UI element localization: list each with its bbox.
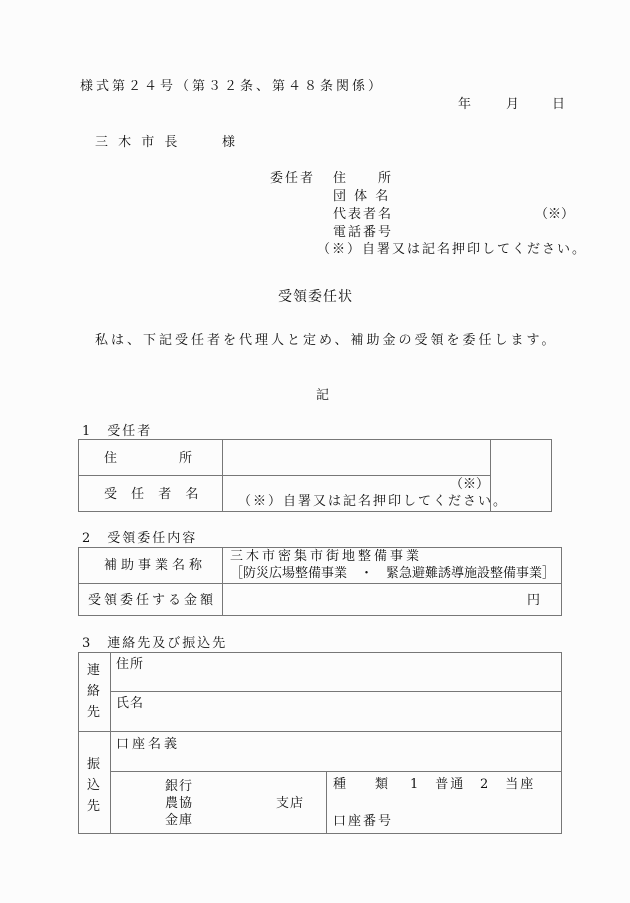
account-number-label: 口座番号 <box>333 815 393 828</box>
project-name-label: 補助事業名称 <box>104 559 206 572</box>
date-year: 年 <box>458 98 471 111</box>
form-number: 様式第２４号（第３２条、第４８条関係） <box>80 80 384 93</box>
project-name-line2: ［防災広場整備事業 ・ 緊急避難誘導施設整備事業］ <box>230 567 555 580</box>
section-3-heading: 3 連絡先及び振込先 <box>82 637 227 650</box>
delegator-phone-label: 電話番号 <box>333 226 393 239</box>
account-name-field[interactable] <box>112 753 560 770</box>
contact-name-field[interactable] <box>112 712 560 730</box>
delegator-note: （※）自署又は記名押印してください。 <box>317 243 587 256</box>
contact-address-field[interactable] <box>112 673 560 690</box>
delegator-label: 委任者 <box>270 172 315 185</box>
honorific: 様 <box>222 136 235 149</box>
account-type-label: 種 類 <box>333 778 389 791</box>
section-1-heading: 1 受任者 <box>82 425 152 438</box>
delegator-org-label: 団 体 名 <box>333 190 390 203</box>
amount-label: 受領委任する金額 <box>88 594 216 607</box>
transfer-group-label-2: 込 <box>87 779 100 792</box>
ki-mark: 記 <box>316 389 329 402</box>
project-name-line1: 三木市密集市街地整備事業 <box>230 550 422 563</box>
document-title: 受領委任状 <box>278 290 353 304</box>
account-name-label: 口座名義 <box>116 738 180 751</box>
delegatee-address-field[interactable] <box>224 441 488 473</box>
transfer-group-label-3: 先 <box>87 800 100 813</box>
account-type-ordinary[interactable]: 1 普通 <box>410 778 465 791</box>
delegator-rep-label: 代表者名 <box>333 208 393 221</box>
amount-field[interactable] <box>224 585 534 614</box>
statement: 私は、下記受任者を代理人と定め、補助金の受領を委任します。 <box>95 334 557 347</box>
addressee: 三 木 市 長 <box>95 136 180 149</box>
seal-box[interactable] <box>492 441 550 510</box>
delegatee-address-label: 住 所 <box>104 452 194 465</box>
contact-address-label: 住所 <box>116 658 144 671</box>
account-number-field[interactable] <box>400 808 558 830</box>
contact-group-label-3: 先 <box>87 706 100 719</box>
delegator-address-label: 住 所 <box>333 172 393 185</box>
account-type-checking[interactable]: 2 当座 <box>480 778 535 791</box>
contact-name-label: 氏名 <box>116 697 144 710</box>
transfer-group-label-1: 振 <box>87 758 100 771</box>
contact-group-label-2: 絡 <box>87 685 100 698</box>
delegatee-note: （※）自署又は記名押印してください。 <box>238 495 508 508</box>
section-2-heading: 2 受領委任内容 <box>82 532 197 545</box>
bank-branch-field[interactable] <box>112 773 324 832</box>
delegatee-seal-mark: （※） <box>450 478 489 491</box>
amount-unit: 円 <box>527 594 540 607</box>
delegator-seal-mark: （※） <box>535 208 574 221</box>
date-month: 月 <box>506 98 519 111</box>
date-day: 日 <box>552 98 565 111</box>
contact-group-label-1: 連 <box>87 664 100 677</box>
delegatee-name-label: 受 任 者 名 <box>104 488 203 501</box>
